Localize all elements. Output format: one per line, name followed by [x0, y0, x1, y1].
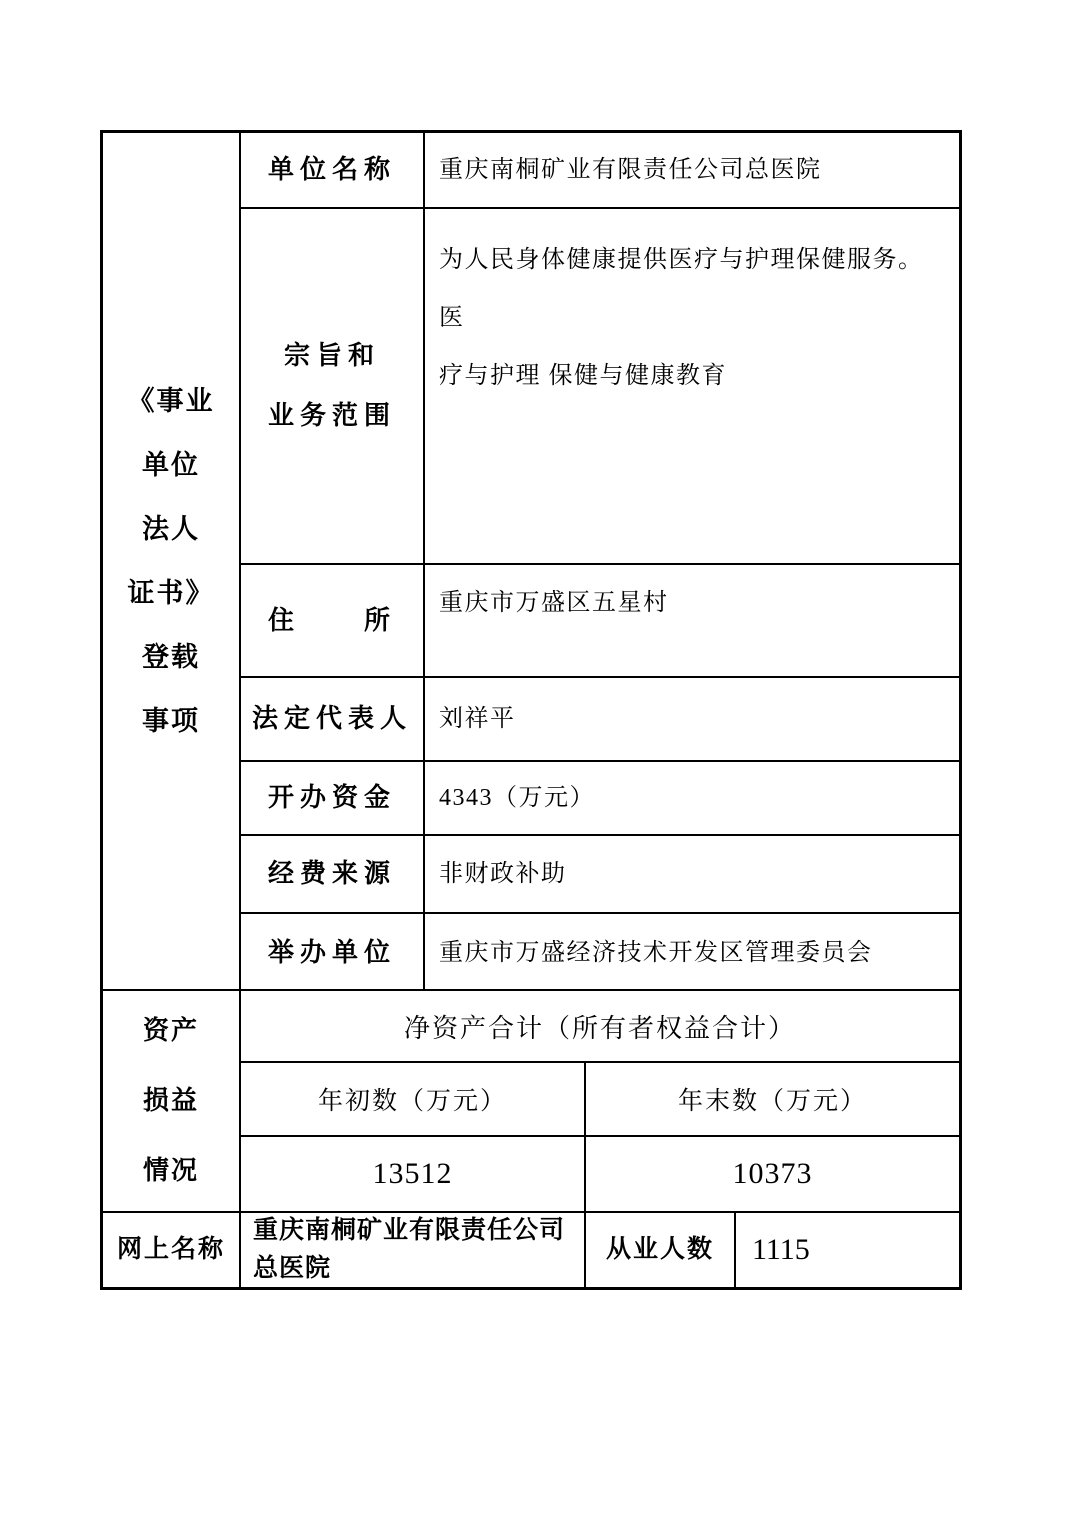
online-name-label: 网上名称: [103, 1213, 241, 1287]
legal-representative-label: 法定代表人: [241, 678, 425, 760]
purpose-scope-label: 宗旨和 业务范围: [241, 209, 425, 563]
table-row: 宗旨和 业务范围 为人民身体健康提供医疗与护理保健服务。 医 疗与护理 保健与健…: [241, 209, 959, 565]
address-label: 住 所: [241, 565, 425, 676]
certificate-rows: 单位名称 重庆南桐矿业有限责任公司总医院 宗旨和 业务范围 为人民身体健康提供医…: [241, 133, 959, 989]
table-row: 经费来源 非财政补助: [241, 836, 959, 914]
online-name-value: 重庆南桐矿业有限责任公司总医院: [241, 1213, 586, 1287]
funding-source-label: 经费来源: [241, 836, 425, 912]
table-row: 法定代表人 刘祥平: [241, 678, 959, 762]
table-row: 举办单位 重庆市万盛经济技术开发区管理委员会: [241, 914, 959, 991]
table-row: 单位名称 重庆南桐矿业有限责任公司总医院: [241, 133, 959, 209]
registration-form-table: 《事业 单位 法人 证书》 登载 事项 单位名称 重庆南桐矿业有限责任公司总医院…: [100, 130, 962, 1290]
table-row: 年初数（万元） 年末数（万元）: [241, 1063, 959, 1137]
certificate-side-label: 《事业 单位 法人 证书》 登载 事项: [103, 133, 241, 989]
end-of-year-header: 年末数（万元）: [586, 1063, 959, 1135]
end-of-year-value: 10373: [586, 1137, 959, 1211]
sponsor-unit-value: 重庆市万盛经济技术开发区管理委员会: [425, 914, 959, 991]
assets-side-label: 资产 损益 情况: [103, 991, 241, 1211]
table-row: 13512 10373: [241, 1137, 959, 1211]
table-row: 开办资金 4343（万元）: [241, 762, 959, 836]
address-value: 重庆市万盛区五星村: [425, 565, 959, 676]
assets-rows: 净资产合计（所有者权益合计） 年初数（万元） 年末数（万元） 13512 103…: [241, 991, 959, 1211]
staff-count-value: 1115: [736, 1213, 959, 1287]
opening-funds-value: 4343（万元）: [425, 762, 959, 834]
purpose-scope-value: 为人民身体健康提供医疗与护理保健服务。 医 疗与护理 保健与健康教育: [425, 209, 959, 563]
certificate-items-section: 《事业 单位 法人 证书》 登载 事项 单位名称 重庆南桐矿业有限责任公司总医院…: [103, 133, 959, 991]
unit-name-label: 单位名称: [241, 133, 425, 207]
funding-source-value: 非财政补助: [425, 836, 959, 912]
unit-name-value: 重庆南桐矿业有限责任公司总医院: [425, 133, 959, 207]
table-row: 住 所 重庆市万盛区五星村: [241, 565, 959, 678]
start-of-year-header: 年初数（万元）: [241, 1063, 586, 1135]
bottom-row: 网上名称 重庆南桐矿业有限责任公司总医院 从业人数 1115: [103, 1213, 959, 1287]
start-of-year-value: 13512: [241, 1137, 586, 1211]
opening-funds-label: 开办资金: [241, 762, 425, 834]
net-assets-header: 净资产合计（所有者权益合计）: [241, 991, 959, 1063]
sponsor-unit-label: 举办单位: [241, 914, 425, 991]
staff-count-label: 从业人数: [586, 1213, 736, 1287]
assets-section: 资产 损益 情况 净资产合计（所有者权益合计） 年初数（万元） 年末数（万元） …: [103, 991, 959, 1213]
legal-representative-value: 刘祥平: [425, 678, 959, 760]
